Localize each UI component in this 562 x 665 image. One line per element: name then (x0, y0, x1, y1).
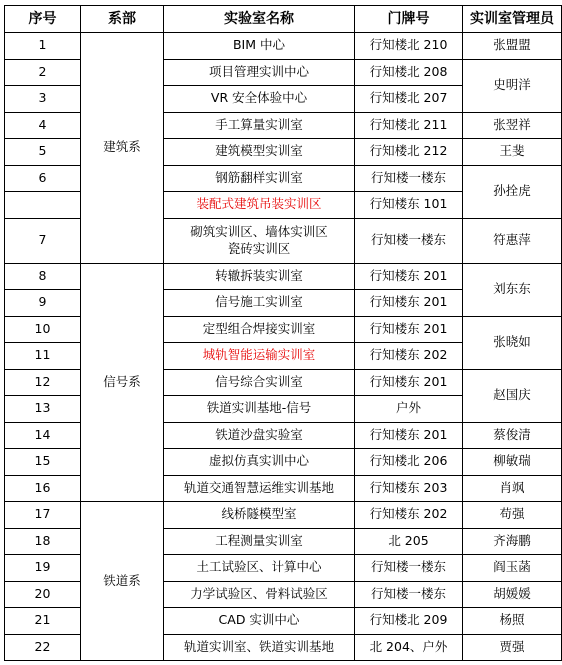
cell-lab-highlighted: 城轨智能运输实训室 (164, 343, 355, 370)
cell-lab: 铁道沙盘实验室 (164, 422, 355, 449)
cell-no: 14 (5, 422, 81, 449)
cell-lab: 砌筑实训区、墙体实训区 瓷砖实训区 (164, 218, 355, 263)
cell-room: 行知楼一楼东 (355, 581, 463, 608)
cell-manager: 张翌祥 (463, 112, 562, 139)
cell-room: 行知楼东 202 (355, 343, 463, 370)
cell-lab: 土工试验区、计算中心 (164, 555, 355, 582)
cell-no: 9 (5, 290, 81, 317)
lab-directory-table: 序号 系部 实验室名称 门牌号 实训室管理员 1 建筑系 BIM 中心 行知楼北… (4, 5, 562, 661)
cell-no: 3 (5, 86, 81, 113)
cell-no: 19 (5, 555, 81, 582)
cell-department: 建筑系 (81, 33, 164, 264)
cell-manager: 王斐 (463, 139, 562, 166)
cell-no: 13 (5, 396, 81, 423)
header-department: 系部 (81, 6, 164, 33)
cell-room: 行知楼一楼东 (355, 165, 463, 192)
header-row: 序号 系部 实验室名称 门牌号 实训室管理员 (5, 6, 562, 33)
cell-no: 21 (5, 608, 81, 635)
cell-room: 户外 (355, 396, 463, 423)
lab-line-1: 砌筑实训区、墙体实训区 (164, 224, 354, 241)
cell-no: 22 (5, 634, 81, 661)
cell-room: 行知楼东 203 (355, 475, 463, 502)
cell-no: 8 (5, 263, 81, 290)
cell-lab: 信号施工实训室 (164, 290, 355, 317)
cell-room: 行知楼东 201 (355, 369, 463, 396)
cell-no: 7 (5, 218, 81, 263)
cell-manager: 孙拴虎 (463, 165, 562, 218)
cell-room: 行知楼东 201 (355, 316, 463, 343)
cell-manager: 蔡俊清 (463, 422, 562, 449)
cell-department: 信号系 (81, 263, 164, 502)
cell-lab: 力学试验区、骨料试验区 (164, 581, 355, 608)
cell-room: 北 204、户外 (355, 634, 463, 661)
cell-manager: 刘东东 (463, 263, 562, 316)
cell-manager: 胡媛媛 (463, 581, 562, 608)
cell-room: 行知楼一楼东 (355, 218, 463, 263)
cell-no: 16 (5, 475, 81, 502)
cell-room: 行知楼一楼东 (355, 555, 463, 582)
header-no: 序号 (5, 6, 81, 33)
cell-manager: 贾强 (463, 634, 562, 661)
cell-room: 行知楼北 210 (355, 33, 463, 60)
cell-no: 12 (5, 369, 81, 396)
cell-department: 铁道系 (81, 502, 164, 661)
header-lab-name: 实验室名称 (164, 6, 355, 33)
cell-manager: 杨照 (463, 608, 562, 635)
cell-lab: 轨道交通智慧运维实训基地 (164, 475, 355, 502)
cell-no: 15 (5, 449, 81, 476)
cell-room: 行知楼东 202 (355, 502, 463, 529)
cell-lab: 工程测量实训室 (164, 528, 355, 555)
cell-lab: 定型组合焊接实训室 (164, 316, 355, 343)
cell-no: 1 (5, 33, 81, 60)
cell-lab-highlighted: 装配式建筑吊装实训区 (164, 192, 355, 219)
cell-room: 行知楼东 101 (355, 192, 463, 219)
cell-room: 行知楼东 201 (355, 263, 463, 290)
cell-lab: 建筑模型实训室 (164, 139, 355, 166)
cell-lab: CAD 实训中心 (164, 608, 355, 635)
cell-no: 18 (5, 528, 81, 555)
cell-room: 行知楼北 211 (355, 112, 463, 139)
cell-no: 17 (5, 502, 81, 529)
cell-manager: 符惠萍 (463, 218, 562, 263)
table-row: 8 信号系 转辙拆装实训室 行知楼东 201 刘东东 (5, 263, 562, 290)
table-row: 1 建筑系 BIM 中心 行知楼北 210 张盟盟 (5, 33, 562, 60)
cell-no (5, 192, 81, 219)
cell-manager: 肖飒 (463, 475, 562, 502)
cell-no: 11 (5, 343, 81, 370)
cell-manager: 张盟盟 (463, 33, 562, 60)
cell-no: 5 (5, 139, 81, 166)
cell-lab: 虚拟仿真实训中心 (164, 449, 355, 476)
cell-no: 4 (5, 112, 81, 139)
cell-lab: 手工算量实训室 (164, 112, 355, 139)
cell-no: 10 (5, 316, 81, 343)
cell-manager: 阎玉菡 (463, 555, 562, 582)
cell-no: 20 (5, 581, 81, 608)
header-room: 门牌号 (355, 6, 463, 33)
cell-lab: 钢筋翻样实训室 (164, 165, 355, 192)
cell-manager: 史明洋 (463, 59, 562, 112)
cell-lab: 项目管理实训中心 (164, 59, 355, 86)
header-manager: 实训室管理员 (463, 6, 562, 33)
table-row: 17 铁道系 线桥隧模型室 行知楼东 202 苟强 (5, 502, 562, 529)
cell-no: 6 (5, 165, 81, 192)
cell-room: 行知楼北 207 (355, 86, 463, 113)
cell-room: 行知楼北 208 (355, 59, 463, 86)
cell-lab: 信号综合实训室 (164, 369, 355, 396)
cell-room: 行知楼北 206 (355, 449, 463, 476)
cell-lab: VR 安全体验中心 (164, 86, 355, 113)
cell-lab: 转辙拆装实训室 (164, 263, 355, 290)
cell-manager: 柳敏瑞 (463, 449, 562, 476)
cell-lab: 线桥隧模型室 (164, 502, 355, 529)
cell-manager: 赵国庆 (463, 369, 562, 422)
cell-manager: 齐海鹏 (463, 528, 562, 555)
lab-line-2: 瓷砖实训区 (164, 241, 354, 258)
cell-lab: BIM 中心 (164, 33, 355, 60)
cell-room: 北 205 (355, 528, 463, 555)
cell-manager: 张晓如 (463, 316, 562, 369)
cell-room: 行知楼东 201 (355, 422, 463, 449)
cell-no: 2 (5, 59, 81, 86)
cell-room: 行知楼东 201 (355, 290, 463, 317)
cell-lab: 轨道实训室、铁道实训基地 (164, 634, 355, 661)
cell-room: 行知楼北 212 (355, 139, 463, 166)
cell-room: 行知楼北 209 (355, 608, 463, 635)
cell-manager: 苟强 (463, 502, 562, 529)
cell-lab: 铁道实训基地-信号 (164, 396, 355, 423)
